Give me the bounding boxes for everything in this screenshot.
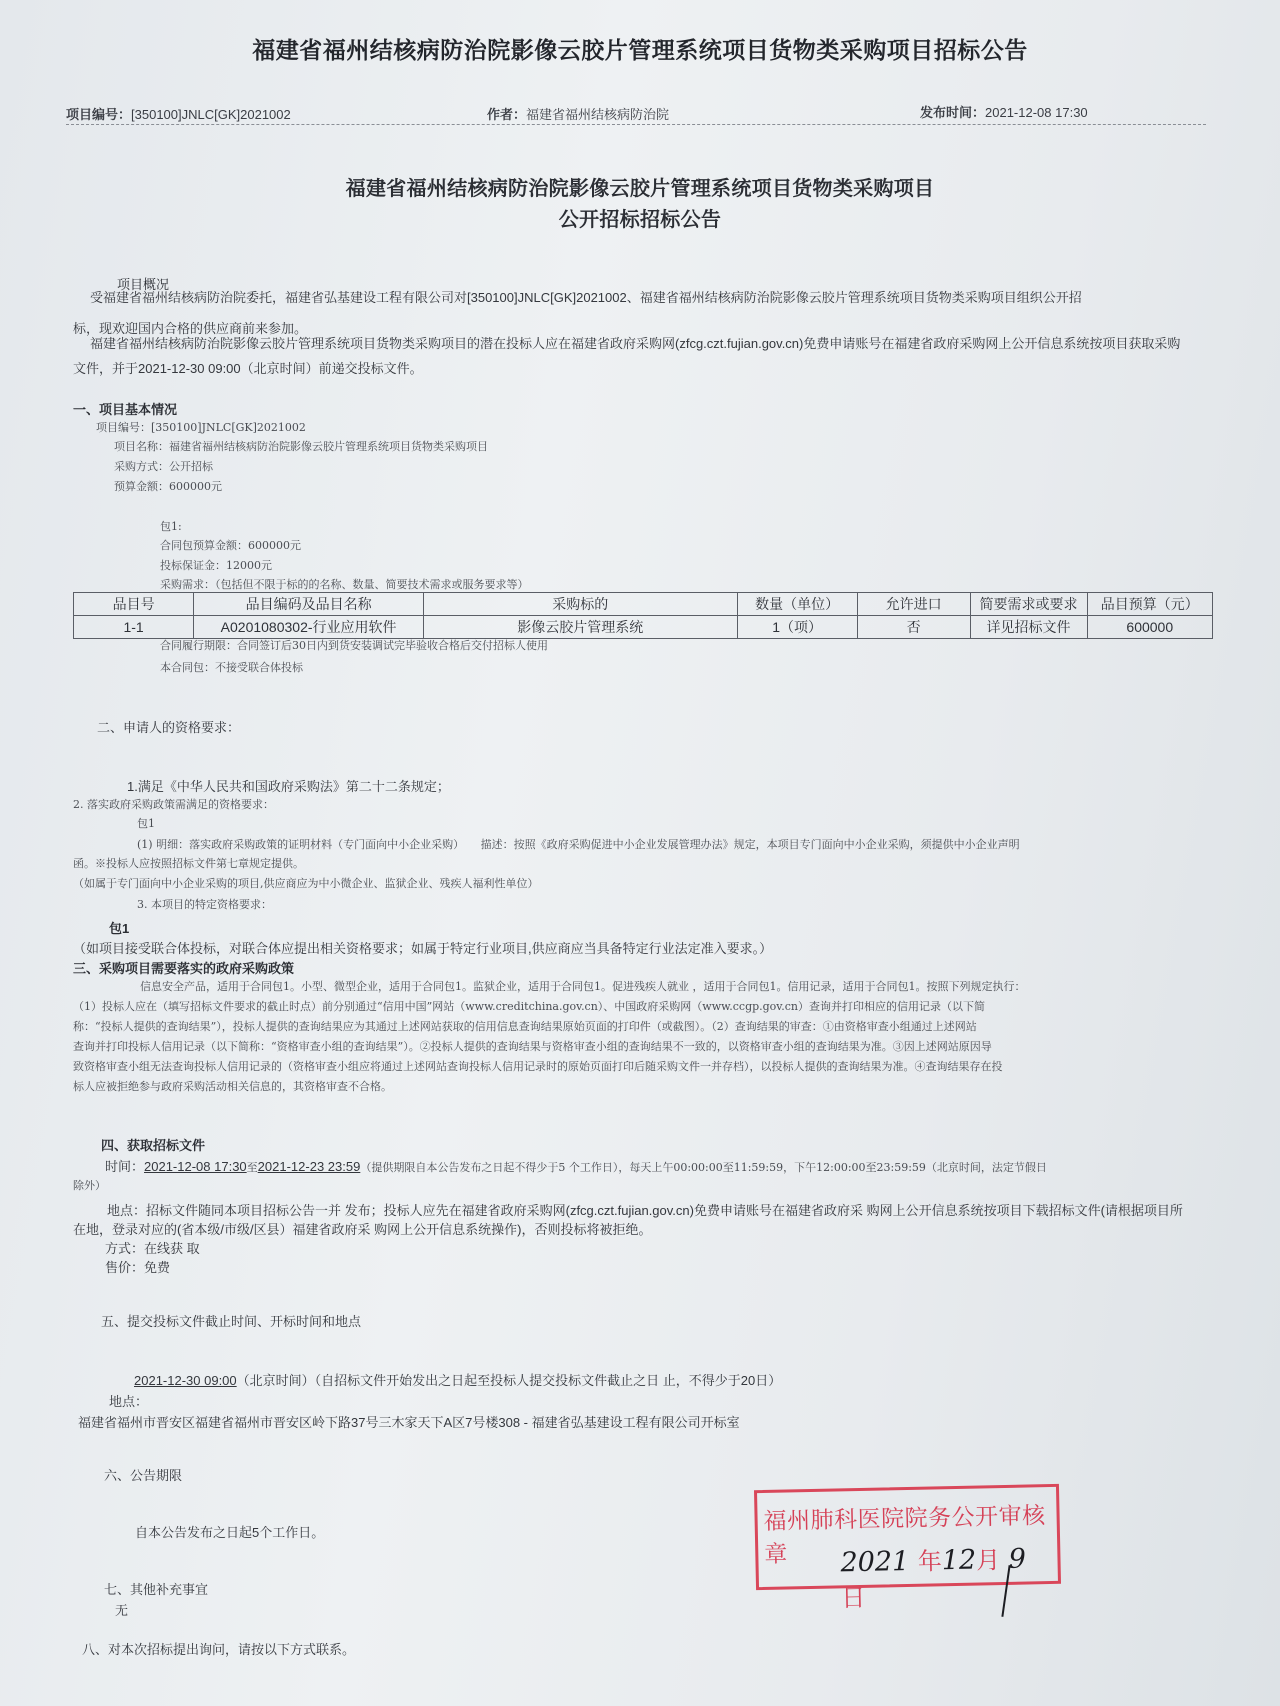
table-cell: 600000 xyxy=(1087,616,1212,639)
s1-project-name: 项目名称：福建省福州结核病防治院影像云胶片管理系统项目货物类采购项目 xyxy=(114,438,488,454)
s1-package-budget: 合同包预算金额：600000元 xyxy=(160,537,301,553)
publish-time-value: 2021-12-08 17:30 xyxy=(985,105,1088,120)
s5-place: 福建省福州市晋安区福建省福州市晋安区岭下路37号三木家天下A区7号楼308 - … xyxy=(78,1412,740,1431)
s5-deadline: 2021-12-30 09:00（北京时间）（自招标文件开始发出之日起至投标人提… xyxy=(134,1370,781,1389)
header-divider xyxy=(66,124,1206,125)
table-header-cell: 品目号 xyxy=(74,593,194,616)
s3-line-3: 称：“投标人提供的查询结果”），投标人提供的查询结果应为其通过上述网站获取的信用… xyxy=(73,1018,977,1034)
stamp-month: 12 xyxy=(941,1545,976,1577)
s2-package: 包1 xyxy=(137,815,155,831)
section1-heading: 一、项目基本情况 xyxy=(73,399,177,418)
table-header-cell: 采购标的 xyxy=(424,593,737,616)
stamp-year: 2021 xyxy=(840,1546,909,1578)
s4-price: 售价：免费 xyxy=(105,1257,170,1276)
s2-item2: 2. 落实政府采购政策需满足的资格要求： xyxy=(73,796,274,812)
table-header-cell: 品目编码及品目名称 xyxy=(194,593,424,616)
doc-title-line1: 福建省福州结核病防治院影像云胶片管理系统项目货物类采购项目 xyxy=(0,172,1280,201)
table-cell: 1-1 xyxy=(74,616,194,639)
overview-para2a: 福建省福州结核病防治院影像云胶片管理系统项目货物类采购项目的潜在投标人应在福建省… xyxy=(90,333,1180,352)
s2-detail-b: 函。※投标人应按照招标文件第七章规定提供。 xyxy=(73,855,304,871)
s2-note: （如属于专门面向中小企业采购的项目,供应商应为中小微企业、监狱企业、残疾人福利性… xyxy=(73,875,539,891)
table-header-cell: 数量（单位） xyxy=(737,593,857,616)
s1-deposit: 投标保证金：12000元 xyxy=(160,557,272,573)
table-header-cell: 简要需求或要求 xyxy=(970,593,1087,616)
s4-place-a: 地点：招标文件随同本项目招标公告一并 发布；投标人应先在福建省政府采购网(zfc… xyxy=(107,1200,1183,1219)
table-cell: 1（项） xyxy=(737,616,857,639)
s3-line-1: 信息安全产品，适用于合同包1。小型、微型企业，适用于合同包1。监狱企业，适用于合… xyxy=(140,978,1025,994)
project-number-label: 项目编号： xyxy=(66,107,131,122)
section5-heading: 五、提交投标文件截止时间、开标时间和地点 xyxy=(101,1311,361,1330)
s1-package: 包1: xyxy=(160,518,182,534)
s2-item3: 3. 本项目的特定资格要求： xyxy=(137,896,272,912)
s4-time-note-b: 除外） xyxy=(73,1177,106,1193)
publish-time: 发布时间：2021-12-08 17:30 xyxy=(920,102,1088,121)
review-stamp: 福州肺科医院院务公开审核章 2021 年12月 9 日 xyxy=(754,1484,1061,1590)
s3-line-6: 标人应被拒绝参与政府采购活动相关信息的，其资格审查不合格。 xyxy=(73,1078,392,1094)
section4-heading: 四、获取招标文件 xyxy=(101,1135,205,1154)
table-cell: A0201080302-行业应用软件 xyxy=(194,616,424,639)
s4-method: 方式：在线获 取 xyxy=(105,1238,200,1257)
table-header-row: 品目号品目编码及品目名称采购标的数量（单位）允许进口简要需求或要求品目预算（元） xyxy=(74,593,1213,616)
s5-deadline-value: 2021-12-30 09:00 xyxy=(134,1373,237,1388)
section3-heading: 三、采购项目需要落实的政府采购政策 xyxy=(73,958,294,977)
table-row: 1-1A0201080302-行业应用软件影像云胶片管理系统1（项）否详见招标文… xyxy=(74,616,1213,639)
table-header-cell: 允许进口 xyxy=(857,593,970,616)
section7-heading: 七、其他补充事宜 xyxy=(104,1579,208,1598)
s1-consortium: 本合同包：不接受联合体投标 xyxy=(160,659,303,675)
table-header-cell: 品目预算（元） xyxy=(1087,593,1212,616)
items-table: 品目号品目编码及品目名称采购标的数量（单位）允许进口简要需求或要求品目预算（元）… xyxy=(73,592,1213,639)
s1-budget: 预算金额：600000元 xyxy=(114,478,222,494)
s6-text: 自本公告发布之日起5个工作日。 xyxy=(135,1522,324,1541)
page-title: 福建省福州结核病防治院影像云胶片管理系统项目货物类采购项目招标公告 xyxy=(0,32,1280,65)
s4-time-end: 2021-12-23 23:59 xyxy=(258,1159,361,1174)
s4-time-to: 至 xyxy=(247,1161,258,1174)
s2-package2: 包1 xyxy=(109,918,129,937)
s3-line-2: （1）投标人应在（填写招标文件要求的截止时点）前分别通过“信用中国”网站（www… xyxy=(73,998,985,1014)
s7-text: 无 xyxy=(115,1600,128,1619)
s4-time-label: 时间： xyxy=(105,1159,144,1174)
stamp-year-unit: 年 xyxy=(918,1547,943,1575)
s2-note2: （如项目接受联合体投标，对联合体应提出相关资格要求；如属于特定行业项目,供应商应… xyxy=(73,938,772,957)
doc-title-line2: 公开招标招标公告 xyxy=(0,203,1280,232)
s2-item1: 1.满足《中华人民共和国政府采购法》第二十二条规定； xyxy=(127,776,450,795)
s4-place-b: 在地，登录对应的(省本级/市级/区县）福建省政府采 购网上公开信息系统操作)，否… xyxy=(73,1219,652,1238)
table-cell: 否 xyxy=(857,616,970,639)
author: 作者：福建省福州结核病防治院 xyxy=(487,104,669,123)
s4-time: 时间：2021-12-08 17:30至2021-12-23 23:59（提供期… xyxy=(105,1156,1047,1175)
s1-project-number: 项目编号：[350100]JNLC[GK]2021002 xyxy=(96,419,306,435)
s1-requirement: 采购需求：（包括但不限于标的的名称、数量、简要技术需求或服务要求等） xyxy=(160,576,529,592)
s2-detail-a: (1) 明细：落实政府采购政策的证明材料（专门面向中小企业采购） 描述：按照《政… xyxy=(137,836,1020,852)
section8-heading: 八、对本次招标提出询问，请按以下方式联系。 xyxy=(82,1639,355,1658)
publish-time-label: 发布时间： xyxy=(920,105,985,120)
overview-para2b: 文件，并于2021-12-30 09:00（北京时间）前递交投标文件。 xyxy=(73,358,423,377)
stamp-month-unit: 月 xyxy=(976,1546,1001,1574)
author-value: 福建省福州结核病防治院 xyxy=(526,107,669,122)
s4-time-note: （提供期限自本公告发布之日起不得少于5 个工作日），每天上午00:00:00至1… xyxy=(360,1161,1047,1174)
s1-term: 合同履行期限：合同签订后30日内到货安装调试完毕验收合格后交付招标人使用 xyxy=(160,637,548,653)
author-label: 作者： xyxy=(487,107,526,122)
project-number: 项目编号：[350100]JNLC[GK]2021002 xyxy=(66,104,291,123)
section2-heading: 二、申请人的资格要求： xyxy=(97,717,240,736)
overview-para1a: 受福建省福州结核病防治院委托，福建省弘基建设工程有限公司对[350100]JNL… xyxy=(90,287,1082,306)
s3-line-4: 查询并打印投标人信用记录（以下简称：“资格审查小组的查询结果”）。②投标人提供的… xyxy=(73,1038,992,1054)
stamp-day-unit: 日 xyxy=(841,1584,866,1612)
s1-method: 采购方式：公开招标 xyxy=(114,458,213,474)
section6-heading: 六、公告期限 xyxy=(104,1465,182,1484)
project-number-value: [350100]JNLC[GK]2021002 xyxy=(131,107,291,122)
table-cell: 影像云胶片管理系统 xyxy=(424,616,737,639)
s4-time-start: 2021-12-08 17:30 xyxy=(144,1159,247,1174)
s5-deadline-note: （北京时间）（自招标文件开始发出之日起至投标人提交投标文件截止之日 止，不得少于… xyxy=(237,1373,782,1388)
s5-place-label: 地点： xyxy=(109,1391,148,1410)
stamp-date: 2021 年12月 9 日 xyxy=(840,1539,1058,1614)
stamp-day: 9 xyxy=(1008,1544,1026,1575)
s3-line-5: 致资格审查小组无法查询投标人信用记录的（资格审查小组应将通过上述网站查询投标人信… xyxy=(73,1058,1003,1074)
table-cell: 详见招标文件 xyxy=(970,616,1087,639)
